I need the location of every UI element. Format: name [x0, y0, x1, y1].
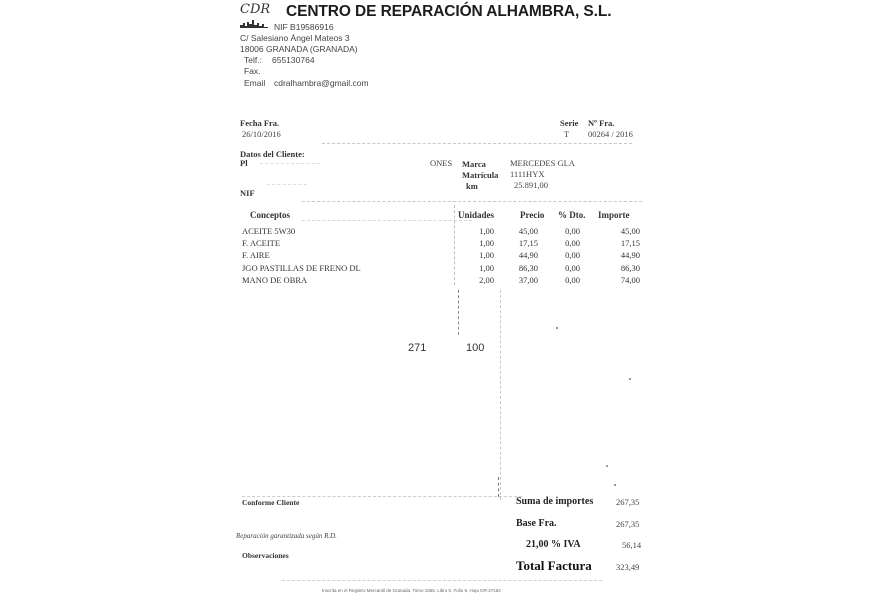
- company-email: cdralhambra@gmail.com: [274, 78, 369, 88]
- total-label: Total Factura: [516, 558, 592, 574]
- column-rule: [458, 290, 459, 335]
- warranty-note: Reparación garantizada según R.D.: [236, 532, 337, 540]
- divider: [242, 496, 522, 497]
- client-name-suffix: ONES: [430, 158, 452, 168]
- invoice-serie: T: [564, 129, 569, 139]
- invoice-document: CDR CENTRO DE REPARACIÓN ALHAMBRA, S.L. …: [222, 0, 652, 600]
- km-label: km: [466, 181, 478, 191]
- company-nif: NIF B19586916: [274, 22, 334, 32]
- conforme-label: Conforme Cliente: [242, 498, 299, 507]
- divider: [282, 580, 602, 581]
- divider: [302, 220, 472, 221]
- client-section-label: Datos del Cliente:: [240, 149, 305, 159]
- col-header-discount: % Dto.: [558, 210, 586, 220]
- client-nif-label: NIF: [240, 188, 255, 198]
- row-units: 1,00: [454, 238, 494, 248]
- date-label: Fecha Fra.: [240, 118, 279, 128]
- company-address: C/ Salesiano Ángel Mateos 3: [240, 33, 350, 43]
- observations-label: Observaciones: [242, 551, 289, 560]
- row-concept: JGO PASTILLAS DE FRENO DL: [242, 263, 442, 273]
- redacted-nif: [267, 184, 307, 185]
- col-header-amount: Importe: [598, 210, 630, 220]
- fax-label: Fax.: [244, 66, 261, 76]
- vehicle-matricula: 1111HYX: [510, 169, 544, 179]
- col-header-units: Unidades: [458, 210, 494, 220]
- column-rule: [498, 477, 499, 497]
- company-logo: CDR: [240, 2, 270, 17]
- row-concept: F. AIRE: [242, 250, 442, 260]
- row-amount: 17,15: [594, 238, 640, 248]
- row-amount: 44,90: [594, 250, 640, 260]
- row-price: 37,00: [498, 275, 538, 285]
- row-discount: 0,00: [542, 250, 580, 260]
- row-discount: 0,00: [542, 238, 580, 248]
- row-amount: 45,00: [594, 226, 640, 236]
- divider: [302, 201, 642, 202]
- row-price: 17,15: [498, 238, 538, 248]
- row-concept: MANO DE OBRA: [242, 275, 442, 285]
- sum-value: 267,35: [616, 497, 639, 507]
- skyline-logo-icon: [240, 20, 268, 28]
- number-label: Nº Fra.: [588, 118, 614, 128]
- email-label: Email: [244, 78, 265, 88]
- row-concept: F. ACEITE: [242, 238, 442, 248]
- company-name: CENTRO DE REPARACIÓN ALHAMBRA, S.L.: [286, 3, 611, 21]
- base-value: 267,35: [616, 519, 639, 529]
- row-units: 1,00: [454, 226, 494, 236]
- col-header-concepts: Conceptos: [250, 210, 290, 220]
- phone-label: Telf.:: [244, 55, 262, 65]
- row-price: 86,30: [498, 263, 538, 273]
- iva-label: 21,00 % IVA: [526, 539, 581, 550]
- serie-label: Serie: [560, 118, 578, 128]
- base-label: Base Fra.: [516, 518, 557, 529]
- invoice-date: 26/10/2016: [242, 129, 281, 139]
- row-discount: 0,00: [542, 275, 580, 285]
- company-phone: 655130764: [272, 55, 315, 65]
- row-amount: 74,00: [594, 275, 640, 285]
- row-units: 1,00: [454, 250, 494, 260]
- divider: [322, 143, 632, 144]
- row-price: 44,90: [498, 250, 538, 260]
- total-value: 323,49: [616, 562, 639, 572]
- column-rule: [500, 290, 501, 500]
- sum-label: Suma de importes: [516, 496, 593, 507]
- scan-speck: [629, 378, 631, 380]
- row-amount: 86,30: [594, 263, 640, 273]
- scan-speck: [556, 327, 558, 329]
- col-header-price: Precio: [520, 210, 544, 220]
- row-units: 2,00: [454, 275, 494, 285]
- marca-label: Marca: [462, 159, 486, 169]
- vehicle-marca: MERCEDES GLA: [510, 158, 575, 168]
- overlay-number-2: 100: [466, 342, 484, 354]
- column-rule: [454, 205, 455, 285]
- row-discount: 0,00: [542, 263, 580, 273]
- iva-value: 56,14: [622, 540, 641, 550]
- redacted-name: [260, 163, 320, 164]
- scan-speck: [614, 484, 616, 486]
- row-price: 45,00: [498, 226, 538, 236]
- registry-footer: Inscrita en el Registro Mercantil de Gra…: [322, 588, 501, 593]
- row-discount: 0,00: [542, 226, 580, 236]
- overlay-number-1: 271: [408, 342, 426, 354]
- row-units: 1,00: [454, 263, 494, 273]
- scan-speck: [606, 465, 608, 467]
- vehicle-km: 25.891,00: [514, 180, 548, 190]
- invoice-number: 00264 / 2016: [588, 129, 633, 139]
- row-concept: ACEITE 5W30: [242, 226, 442, 236]
- company-city: 18006 GRANADA (GRANADA): [240, 44, 358, 54]
- matricula-label: Matrícula: [462, 170, 498, 180]
- client-name-prefix: Pl: [240, 158, 248, 168]
